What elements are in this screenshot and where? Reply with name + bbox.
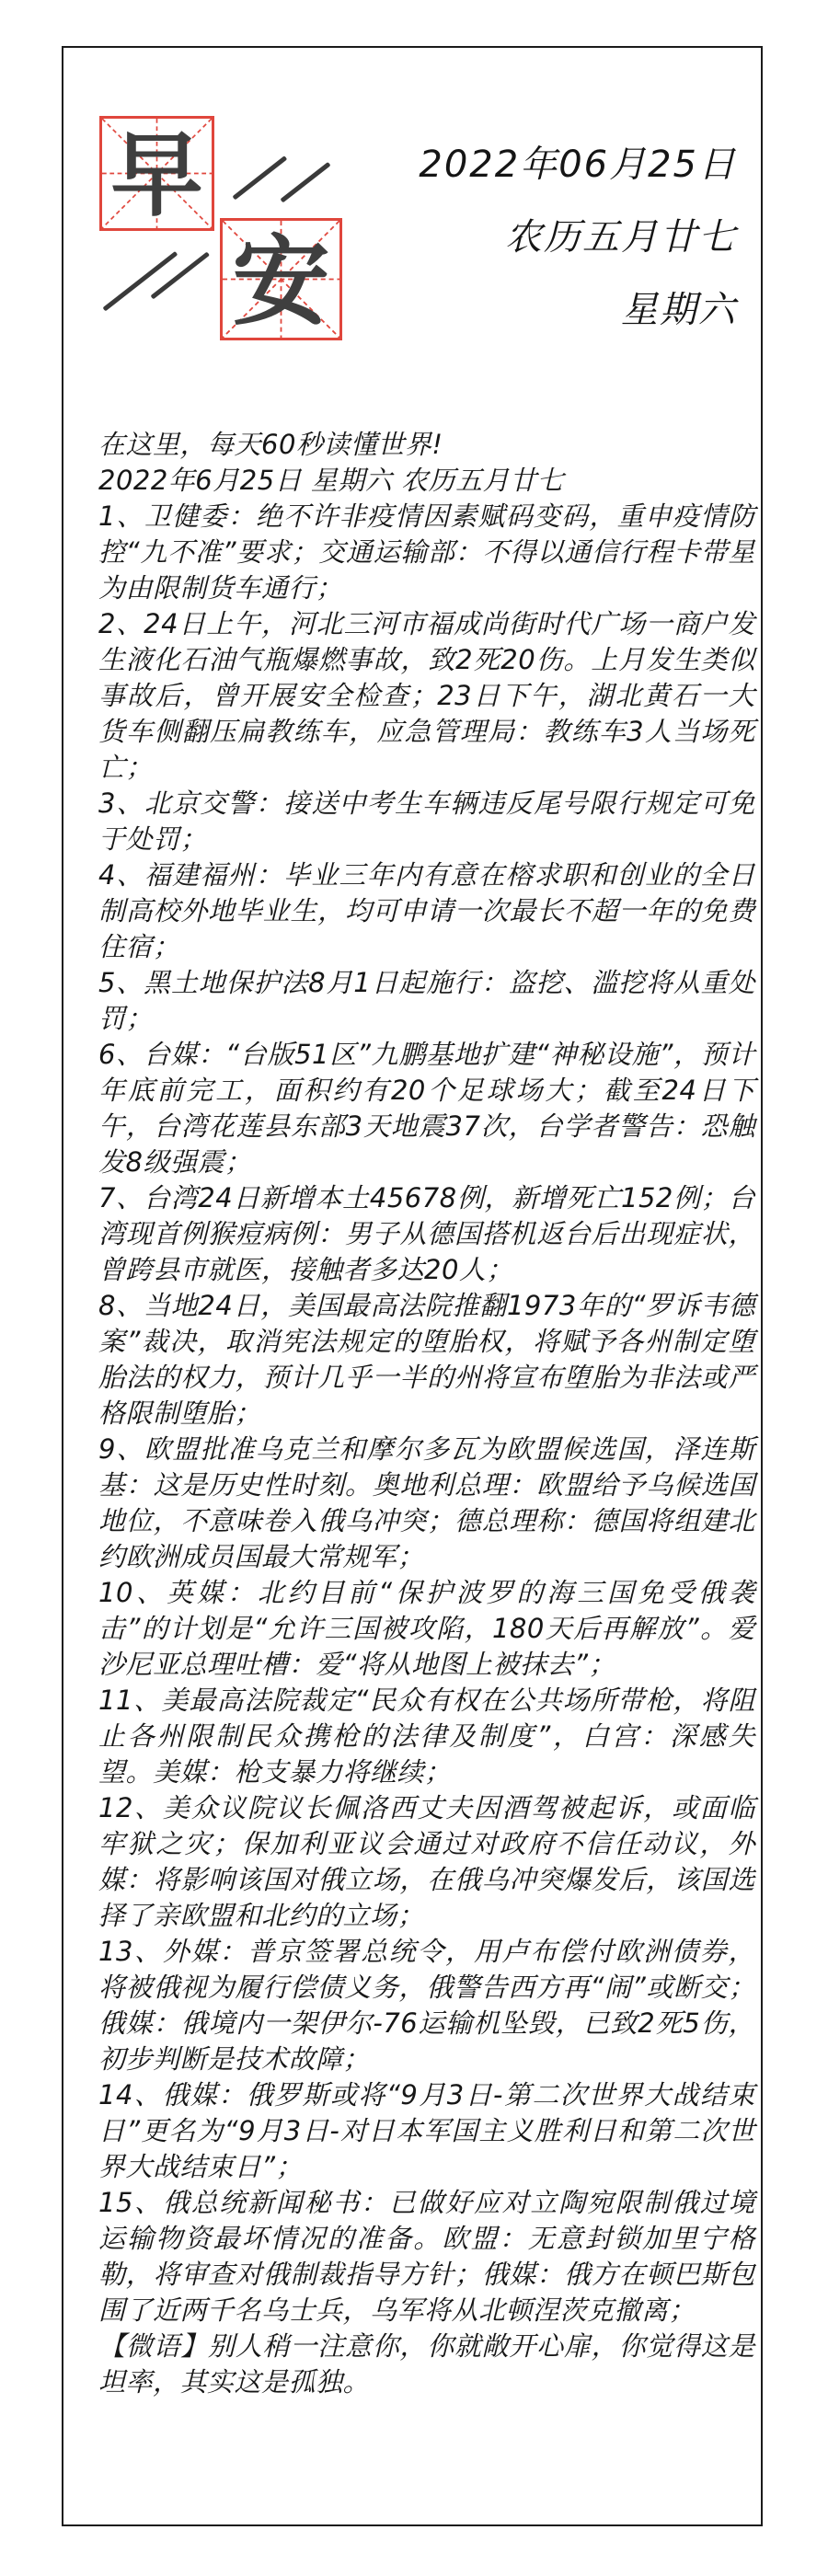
date-gregorian: 2022年06月25日 [419,129,737,201]
news-item: 9、欧盟批准乌克兰和摩尔多瓦为欧盟候选国，泽连斯基：这是历史性时刻。奥地利总理：… [98,1432,755,1575]
news-date-line: 2022年6月25日 星期六 农历五月廿七 [98,463,755,499]
news-weiyu: 【微语】别人稍一注意你，你就敞开心扉，你觉得这是坦率，其实这是孤独。 [98,2329,755,2400]
slash-mark-icon [280,162,330,203]
an-character: 安 [223,221,339,338]
news-item: 7、台湾24日新增本土45678例，新增死亡152例；台湾现首例猴痘病例：男子从… [98,1180,755,1288]
news-body: 在这里，每天60秒读懂世界! 2022年6月25日 星期六 农历五月廿七 1、卫… [98,427,755,2400]
date-weekday: 星期六 [419,274,737,347]
news-item: 14、俄媒：俄罗斯或将“9月3日-第二次世界大战结束日”更名为“9月3日-对日本… [98,2077,755,2185]
news-item: 15、俄总统新闻秘书：已做好应对立陶宛限制俄过境运输物资最坏情况的准备。欧盟：无… [98,2185,755,2329]
news-item: 12、美众议院议长佩洛西丈夫因酒驾被起诉，或面临牢狱之灾；保加利亚议会通过对政府… [98,1790,755,1934]
date-lunar: 农历五月廿七 [419,201,737,274]
news-item: 13、外媒：普京签署总统令，用卢布偿付欧洲债券，将被俄视为履行偿债义务，俄警告西… [98,1934,755,2077]
news-intro: 在这里，每天60秒读懂世界! [98,427,755,463]
news-item: 3、北京交警：接送中考生车辆违反尾号限行规定可免于处罚； [98,786,755,857]
calligraphy-box-zao: 早 [99,116,214,231]
slash-mark-icon [232,155,287,200]
news-item: 2、24日上午，河北三河市福成尚街时代广场一商户发生液化石油气瓶爆燃事故，致2死… [98,606,755,786]
news-item: 11、美最高法院裁定“民众有权在公共场所带枪，将阻止各州限制民众携枪的法律及制度… [98,1683,755,1790]
news-item: 5、黑土地保护法8月1日起施行：盗挖、滥挖将从重处罚； [98,965,755,1037]
news-item: 10、英媒：北约目前“保护波罗的海三国免受俄袭击”的计划是“允许三国被攻陷，18… [98,1575,755,1683]
slash-mark-icon [102,251,178,312]
page-border: 早 安 2022年06月25日 农历五月廿七 星期六 在这里，每天60秒读懂世界… [62,46,763,2526]
date-block: 2022年06月25日 农历五月廿七 星期六 [419,129,737,347]
news-item: 4、福建福州：毕业三年内有意在榕求职和创业的全日制高校外地毕业生，均可申请一次最… [98,857,755,965]
calligraphy-box-an: 安 [220,218,342,340]
news-item: 8、当地24日，美国最高法院推翻1973年的“罗诉韦德案”裁决，取消宪法规定的堕… [98,1288,755,1432]
zao-character: 早 [102,119,212,228]
news-item: 1、卫健委：绝不许非疫情因素赋码变码，重申疫情防控“九不准”要求；交通运输部：不… [98,499,755,606]
slash-mark-icon [150,252,210,300]
news-item: 6、台媒：“台版51区”九鹏基地扩建“神秘设施”，预计年底前完工，面积约有20个… [98,1037,755,1180]
